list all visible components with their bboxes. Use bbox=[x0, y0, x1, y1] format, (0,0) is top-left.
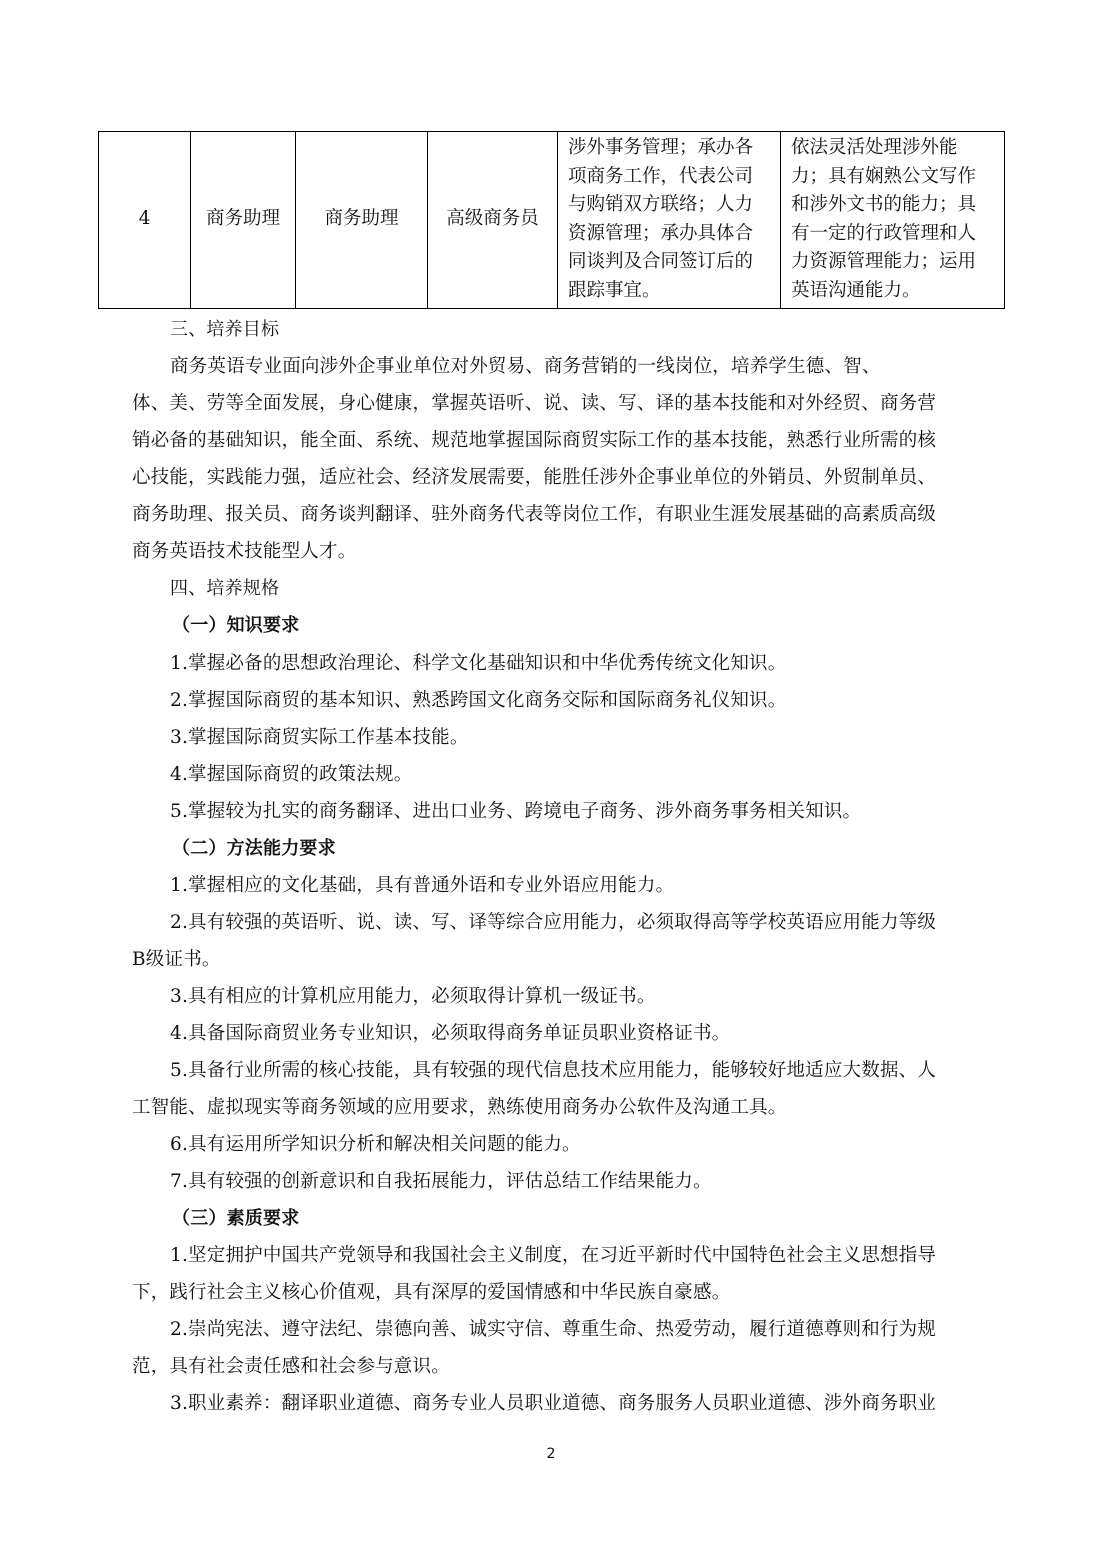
list-item: 2.崇尚宪法、遵守法纪、崇德向善、诚实守信、尊重生命、热爱劳动，履行道德尊则和行… bbox=[170, 1318, 972, 1342]
list-item: 3.具有相应的计算机应用能力，必须取得计算机一级证书。 bbox=[170, 985, 972, 1009]
abilities-cell: 依法灵活处理涉外能 力；具有娴熟公文写作 和涉外文书的能力；具 有一定的行政管理… bbox=[781, 132, 1005, 309]
duties-line: 与购销双方联络；人力 bbox=[568, 191, 772, 220]
job-table: 4 商务助理 商务助理 高级商务员 涉外事务管理；承办各 项商务工作，代表公司 … bbox=[98, 131, 1005, 309]
paragraph-line: 体、美、劳等全面发展，身心健康，掌握英语听、说、读、写、译的基本技能和对外经贸、… bbox=[132, 392, 972, 416]
list-item: 6.具有运用所学知识分析和解决相关问题的能力。 bbox=[170, 1133, 972, 1157]
list-item: 3.职业素养：翻译职业道德、商务专业人员职业道德、商务服务人员职业道德、涉外商务… bbox=[170, 1392, 972, 1416]
table-row: 4 商务助理 商务助理 高级商务员 涉外事务管理；承办各 项商务工作，代表公司 … bbox=[99, 132, 1005, 309]
paragraph-line: 商务英语专业面向涉外企事业单位对外贸易、商务营销的一线岗位，培养学生德、智、 bbox=[170, 355, 972, 379]
paragraph-line: 销必备的基础知识，能全面、系统、规范地掌握国际商贸实际工作的基本技能，熟悉行业所… bbox=[132, 429, 972, 453]
duties-line: 项商务工作，代表公司 bbox=[568, 163, 772, 192]
section-heading-specs: 四、培养规格 bbox=[170, 577, 1010, 601]
duties-line: 跟踪事宜。 bbox=[568, 277, 772, 306]
duties-line: 资源管理；承办具体合 bbox=[568, 220, 772, 249]
section-heading-goals: 三、培养目标 bbox=[170, 318, 1010, 342]
list-item: 2.掌握国际商贸的基本知识、熟悉跨国文化商务交际和国际商务礼仪知识。 bbox=[170, 689, 972, 713]
list-item: 5.具备行业所需的核心技能，具有较强的现代信息技术应用能力，能够较好地适应大数据… bbox=[170, 1059, 972, 1083]
list-item: 1.坚定拥护中国共产党领导和我国社会主义制度，在习近平新时代中国特色社会主义思想… bbox=[170, 1244, 972, 1268]
list-item: 2.具有较强的英语听、说、读、写、译等综合应用能力，必须取得高等学校英语应用能力… bbox=[170, 911, 972, 935]
certificate-cell: 高级商务员 bbox=[428, 132, 558, 309]
row-number: 4 bbox=[99, 132, 191, 309]
duties-line: 同谈判及合同签订后的 bbox=[568, 248, 772, 277]
paragraph-line: 心技能，实践能力强，适应社会、经济发展需要，能胜任涉外企事业单位的外销员、外贸制… bbox=[132, 466, 972, 490]
duties-cell: 涉外事务管理；承办各 项商务工作，代表公司 与购销双方联络；人力 资源管理；承办… bbox=[558, 132, 781, 309]
list-item-continuation: 范，具有社会责任感和社会参与意识。 bbox=[132, 1355, 972, 1379]
list-item: 4.具备国际商贸业务专业知识，必须取得商务单证员职业资格证书。 bbox=[170, 1022, 972, 1046]
document-page: 4 商务助理 商务助理 高级商务员 涉外事务管理；承办各 项商务工作，代表公司 … bbox=[0, 0, 1102, 1559]
job-post-cell: 商务助理 bbox=[191, 132, 296, 309]
list-item: 4.掌握国际商贸的政策法规。 bbox=[170, 763, 972, 787]
duties-line: 涉外事务管理；承办各 bbox=[568, 134, 772, 163]
abilities-line: 力；具有娴熟公文写作 bbox=[791, 163, 996, 192]
paragraph-line: 商务助理、报关员、商务谈判翻译、驻外商务代表等岗位工作，有职业生涯发展基础的高素… bbox=[132, 503, 972, 527]
list-item: 3.掌握国际商贸实际工作基本技能。 bbox=[170, 726, 972, 750]
abilities-line: 和涉外文书的能力；具 bbox=[791, 191, 996, 220]
list-item-continuation: 工智能、虚拟现实等商务领域的应用要求，熟练使用商务办公软件及沟通工具。 bbox=[132, 1096, 972, 1120]
abilities-line: 依法灵活处理涉外能 bbox=[791, 134, 996, 163]
subheading-methods: （二）方法能力要求 bbox=[172, 837, 1012, 861]
list-item-continuation: 下，践行社会主义核心价值观，具有深厚的爱国情感和中华民族自豪感。 bbox=[132, 1281, 972, 1305]
abilities-line: 力资源管理能力；运用 bbox=[791, 248, 996, 277]
paragraph-line: 商务英语技术技能型人才。 bbox=[132, 540, 972, 564]
list-item: 1.掌握必备的思想政治理论、科学文化基础知识和中华优秀传统文化知识。 bbox=[170, 652, 972, 676]
list-item: 1.掌握相应的文化基础，具有普通外语和专业外语应用能力。 bbox=[170, 874, 972, 898]
list-item: 7.具有较强的创新意识和自我拓展能力，评估总结工作结果能力。 bbox=[170, 1170, 972, 1194]
job-role-cell: 商务助理 bbox=[296, 132, 428, 309]
abilities-line: 英语沟通能力。 bbox=[791, 277, 996, 306]
list-item-continuation: B级证书。 bbox=[132, 948, 972, 972]
abilities-line: 有一定的行政管理和人 bbox=[791, 220, 996, 249]
subheading-knowledge: （一）知识要求 bbox=[172, 614, 1012, 638]
list-item: 5.掌握较为扎实的商务翻译、进出口业务、跨境电子商务、涉外商务事务相关知识。 bbox=[170, 800, 972, 824]
page-number: 2 bbox=[0, 1446, 1102, 1462]
subheading-quality: （三）素质要求 bbox=[172, 1207, 1012, 1231]
